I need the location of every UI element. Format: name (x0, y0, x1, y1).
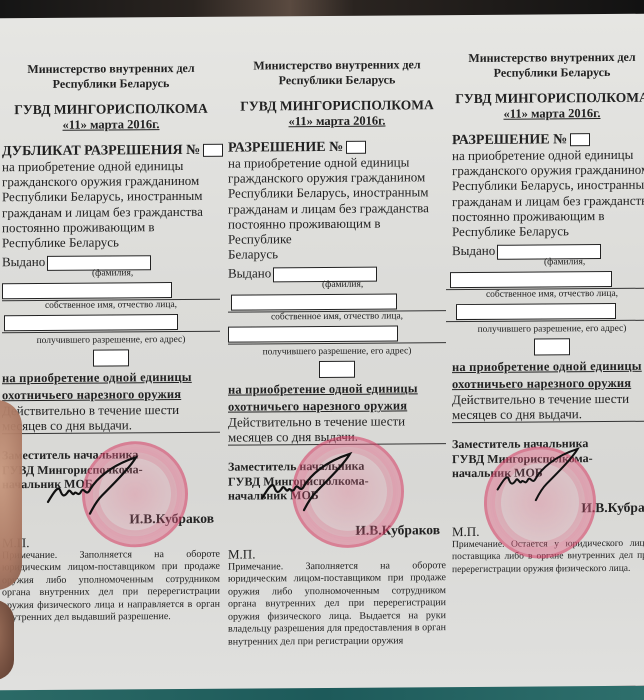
signer-name: И.В.Кубраков (581, 499, 644, 516)
validity-line: Действительно в течение шести (2, 402, 220, 419)
ministry-line: Министерство внутренних дел (2, 61, 220, 78)
caption-address: получившего разрешение, его адрес) (452, 324, 644, 336)
department: ГУВД МИНГОРИСПОЛКОМА (452, 90, 644, 107)
signature-row: И.В.Кубраков (452, 479, 644, 524)
signer-line: ГУВД Мингорисполкома- (2, 461, 220, 477)
permit-title-text: РАЗРЕШЕНИЕ № (228, 140, 343, 156)
redacted-code (534, 338, 570, 355)
ministry-line: Республики Беларусь (2, 76, 220, 93)
purpose-line: постоянно проживающим в Республике (228, 215, 446, 247)
issued-label: Выдано (2, 254, 45, 269)
note: Примечание. Остается у юридического лица… (452, 537, 644, 576)
signer-line: начальник МОБ (2, 476, 220, 492)
ministry-header: Министерство внутренних дел Республики Б… (228, 57, 446, 89)
signer-name: И.В.Кубраков (129, 510, 214, 527)
seal-label: М.П. (452, 523, 644, 538)
address-line (2, 313, 220, 334)
validity-line: Действительно в течение шести (228, 414, 446, 431)
ministry-line: Республики Беларусь (452, 65, 644, 81)
permit-title: РАЗРЕШЕНИЕ № (228, 139, 446, 156)
weapon-line: охотничьего нарезного оружия (228, 399, 446, 416)
purpose-line: Республики Беларусь, иностранным (228, 185, 446, 202)
permit-duplicate: Министерство внутренних дел Республики Б… (2, 61, 220, 625)
redacted-number (346, 141, 366, 154)
purpose-line: на приобретение одной единицы (2, 158, 220, 175)
purpose-line: постоянно проживающим в (452, 208, 644, 225)
issue-date: «11» марта 2016г. (228, 113, 446, 130)
purpose-line: гражданам и лицам без гражданства (228, 200, 446, 217)
finger (0, 600, 14, 680)
permit-title: РАЗРЕШЕНИЕ № (452, 132, 644, 148)
name-line (228, 293, 446, 314)
validity-line: месяцев со дня выдачи. (2, 417, 220, 435)
purpose-line: Республики Беларусь, иностранным (452, 177, 644, 194)
signer-title: Заместитель начальника ГУВД Мингорисполк… (228, 459, 446, 504)
signer-line: ГУВД Мингорисполкома- (452, 450, 644, 466)
caption-name: собственное имя, отчество лица, (228, 312, 446, 325)
signature-row: И.В.Кубраков (228, 502, 446, 548)
seal-label: М.П. (2, 534, 220, 550)
caption-address: получившего разрешение, его адрес) (228, 347, 446, 360)
redacted-code (93, 350, 129, 367)
signer-line: Заместитель начальника (452, 436, 644, 452)
permit-title-text: ДУБЛИКАТ РАЗРЕШЕНИЯ № (2, 143, 200, 159)
purpose-text: на приобретение одной единицыгражданског… (2, 158, 220, 251)
redacted-address (4, 314, 178, 331)
redacted-address (228, 326, 398, 343)
purpose-text: на приобретение одной единицыгражданског… (452, 147, 644, 240)
purpose-line: Республике Беларусь (2, 234, 220, 251)
purpose-line: на приобретение одной единицы (228, 154, 446, 171)
department: ГУВД МИНГОРИСПОЛКОМА (228, 97, 446, 115)
redacted-number (203, 144, 223, 157)
purpose-line: Беларусь (228, 245, 446, 262)
signer-title: Заместитель начальника ГУВД Мингорисполк… (452, 436, 644, 481)
weapon-line: на приобретение одной единицы (2, 370, 220, 387)
note: Примечание. Заполняется на обороте юриди… (2, 548, 220, 625)
permit-title: ДУБЛИКАТ РАЗРЕШЕНИЯ № (2, 143, 220, 160)
purpose-line: Республики Беларусь, иностранным (2, 188, 220, 205)
purpose-line: гражданского оружия гражданином (2, 173, 220, 190)
signature-row: И.В.Кубраков (2, 490, 220, 536)
redacted-address (456, 303, 616, 320)
department: ГУВД МИНГОРИСПОЛКОМА (2, 101, 220, 119)
redacted-name (231, 294, 397, 311)
weapon-line: на приобретение одной единицы (452, 359, 644, 375)
permit-owner-copy: Министерство внутренних дел Республики Б… (228, 57, 446, 649)
ministry-line: Министерство внутренних дел (228, 57, 446, 74)
purpose-line: постоянно проживающим в (2, 219, 220, 236)
thumb (0, 400, 22, 590)
weapon-line: охотничьего нарезного оружия (452, 376, 644, 392)
purpose-line: на приобретение одной единицы (452, 147, 644, 164)
name-line (2, 281, 220, 302)
permit-supplier-copy: Министерство внутренних дел Республики Б… (452, 50, 644, 577)
redacted-name (2, 282, 172, 299)
redacted-name (450, 271, 612, 288)
note: Примечание. Заполняется на обороте юриди… (228, 560, 446, 649)
validity-line: Действительно в течение шести (452, 391, 644, 407)
signer-title: Заместитель начальника ГУВД Мингорисполк… (2, 447, 220, 492)
redacted-number (570, 133, 590, 146)
ministry-line: Республики Беларусь (228, 72, 446, 89)
caption-name: собственное имя, отчество лица, (452, 289, 644, 301)
purpose-line: гражданского оружия гражданином (452, 162, 644, 179)
permit-sheet: Министерство внутренних дел Республики Б… (0, 14, 644, 690)
purpose-text: на приобретение одной единицыгражданског… (228, 154, 446, 262)
signer-line: начальник МОБ (228, 488, 446, 504)
redacted-code (319, 361, 355, 378)
signer-line: Заместитель начальника (2, 447, 220, 463)
validity-line: месяцев со дня выдачи. (452, 406, 644, 423)
issued-label: Выдано (452, 243, 495, 258)
ministry-header: Министерство внутренних дел Республики Б… (2, 61, 220, 93)
signer-line: ГУВД Мингорисполкома- (228, 473, 446, 489)
issued-label: Выдано (228, 266, 271, 281)
signer-line: начальник МОБ (452, 465, 644, 481)
weapon-line: на приобретение одной единицы (228, 382, 446, 399)
signer-name: И.В.Кубраков (355, 522, 440, 539)
ministry-header: Министерство внутренних дел Республики Б… (452, 50, 644, 81)
seal-label: М.П. (228, 546, 446, 562)
address-line (446, 302, 644, 322)
caption-address: получившего разрешение, его адрес) (2, 335, 220, 348)
signer-line: Заместитель начальника (228, 459, 446, 475)
purpose-line: Республике Беларусь (452, 223, 644, 240)
purpose-line: гражданам и лицам без гражданства (452, 192, 644, 209)
caption-name: собственное имя, отчество лица, (2, 300, 220, 313)
name-line (446, 270, 644, 290)
ministry-line: Министерство внутренних дел (452, 50, 644, 66)
permit-title-text: РАЗРЕШЕНИЕ № (452, 132, 567, 148)
weapon-line: охотничьего нарезного оружия (2, 387, 220, 404)
address-line (228, 325, 446, 346)
purpose-line: гражданам и лицам без гражданства (2, 203, 220, 220)
issue-date: «11» марта 2016г. (452, 106, 644, 122)
purpose-line: гражданского оружия гражданином (228, 169, 446, 186)
validity-line: месяцев со дня выдачи. (228, 429, 446, 447)
issue-date: «11» марта 2016г. (2, 117, 220, 134)
